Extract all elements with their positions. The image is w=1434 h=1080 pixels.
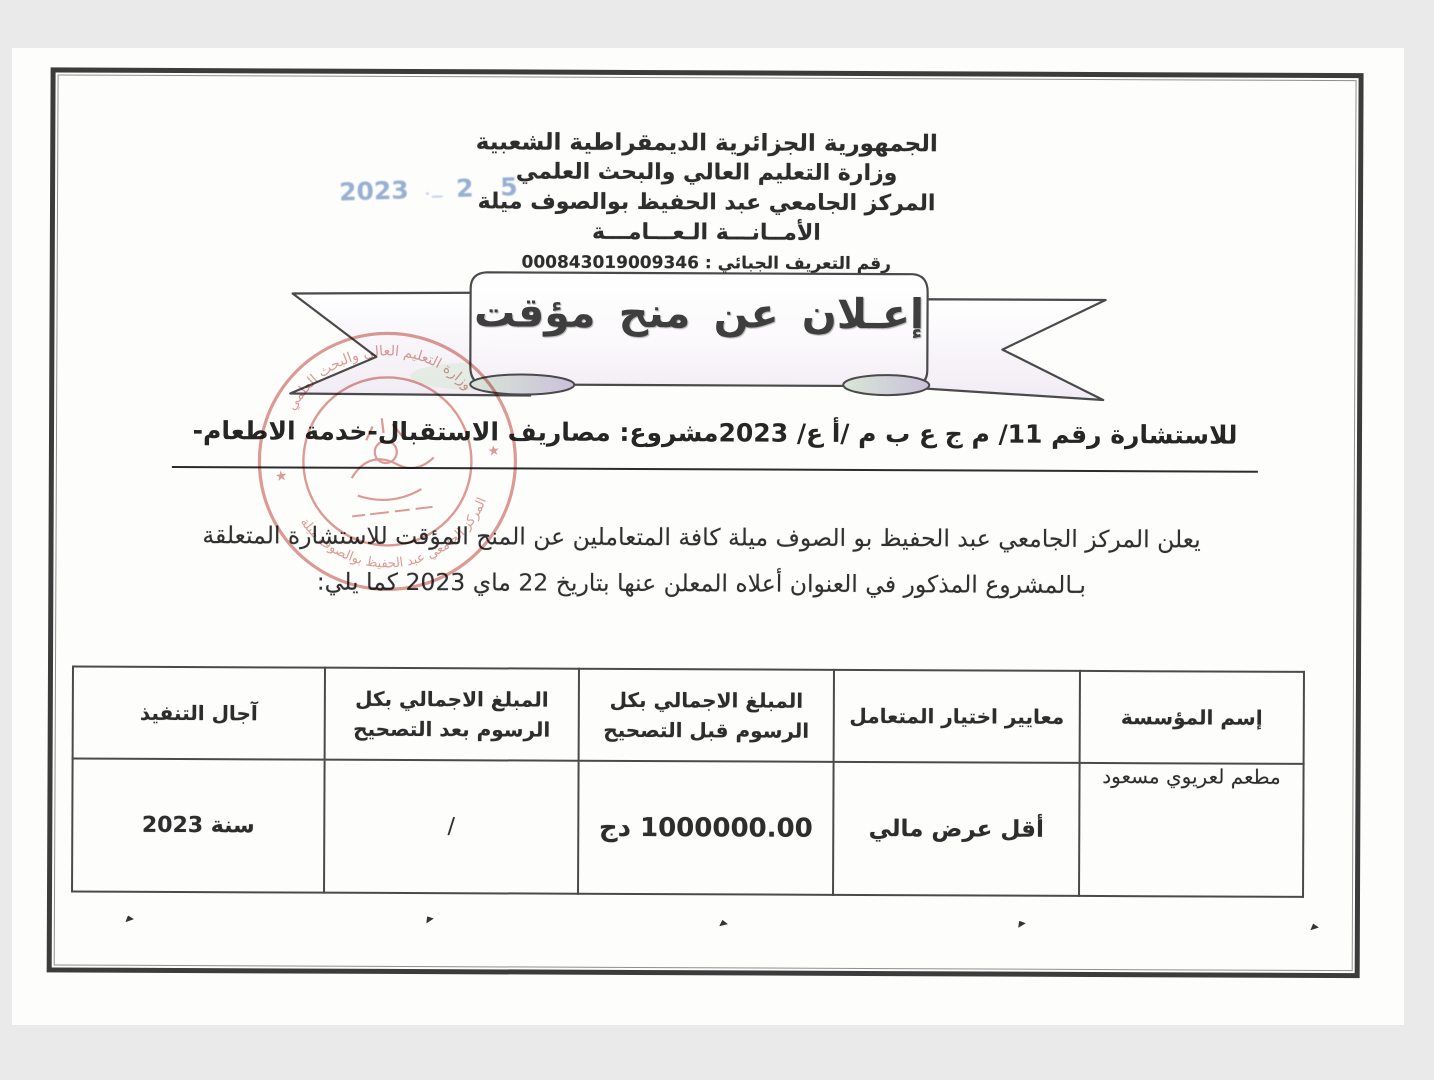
date-stamp-day: 2 5 bbox=[456, 172, 527, 203]
ribbon-curl-right bbox=[843, 375, 929, 395]
cell-company-name: مطعم لعريوي مسعود bbox=[1079, 763, 1304, 897]
col-header-amount-before-correction: المبلغ الاجمالي بكل الرسوم قبل التصحيح bbox=[579, 669, 834, 762]
col-header-execution-deadline: آجال التنفيذ bbox=[73, 667, 325, 760]
body-line-2: بـالمشروع المذكور في العنوان أعلاه المعل… bbox=[151, 558, 1251, 609]
date-stamp-year: 2023 bbox=[339, 175, 409, 206]
body-line-1: يعلن المركز الجامعي عبد الحفيظ بو الصوف … bbox=[151, 512, 1251, 563]
ribbon-right-tail bbox=[920, 299, 1105, 400]
award-table: إسم المؤسسة معايير اختيار المتعامل المبل… bbox=[71, 666, 1305, 898]
table-header-row: إسم المؤسسة معايير اختيار المتعامل المبل… bbox=[73, 667, 1304, 764]
cell-execution-deadline: سنة 2023 bbox=[72, 759, 325, 893]
col-header-company-name: إسم المؤسسة bbox=[1080, 671, 1304, 764]
consultation-reference-text: للاستشارة رقم 11/ م ج ع ب م /أ ع/ 2023مش… bbox=[193, 416, 1238, 450]
consultation-reference-line: للاستشارة رقم 11/ م ج ع ب م /أ ع/ 2023مش… bbox=[172, 416, 1258, 473]
announcement-body: يعلن المركز الجامعي عبد الحفيظ بو الصوف … bbox=[151, 512, 1251, 609]
scanned-document: { "document": { "header": { "line1": "ال… bbox=[0, 0, 1434, 1080]
page-content: الجمهورية الجزائرية الديمقراطية الشعبية … bbox=[9, 45, 1405, 1028]
letterhead-general-secretariat: الأمــانـــة الـعـــامـــة bbox=[50, 215, 1363, 251]
letterhead: الجمهورية الجزائرية الديمقراطية الشعبية … bbox=[50, 125, 1364, 279]
ribbon-curl-left bbox=[470, 374, 574, 394]
cell-selection-criteria: أقل عرض مالي bbox=[833, 762, 1080, 896]
cell-amount-after-correction: / bbox=[324, 760, 579, 894]
cell-amount-before-correction: 1000000.00 دج bbox=[578, 761, 834, 895]
date-stamp-separator: ــ٠ bbox=[423, 183, 443, 202]
announcement-title: إعـلان عن منح مؤقت bbox=[470, 275, 927, 351]
col-header-selection-criteria: معايير اختيار المتعامل bbox=[834, 670, 1080, 763]
table-row: مطعم لعريوي مسعود أقل عرض مالي 1000000.0… bbox=[72, 759, 1304, 897]
col-header-amount-after-correction: المبلغ الاجمالي بكل الرسوم بعد التصحيح bbox=[325, 668, 579, 761]
scanned-page: الجمهورية الجزائرية الديمقراطية الشعبية … bbox=[12, 48, 1404, 1025]
